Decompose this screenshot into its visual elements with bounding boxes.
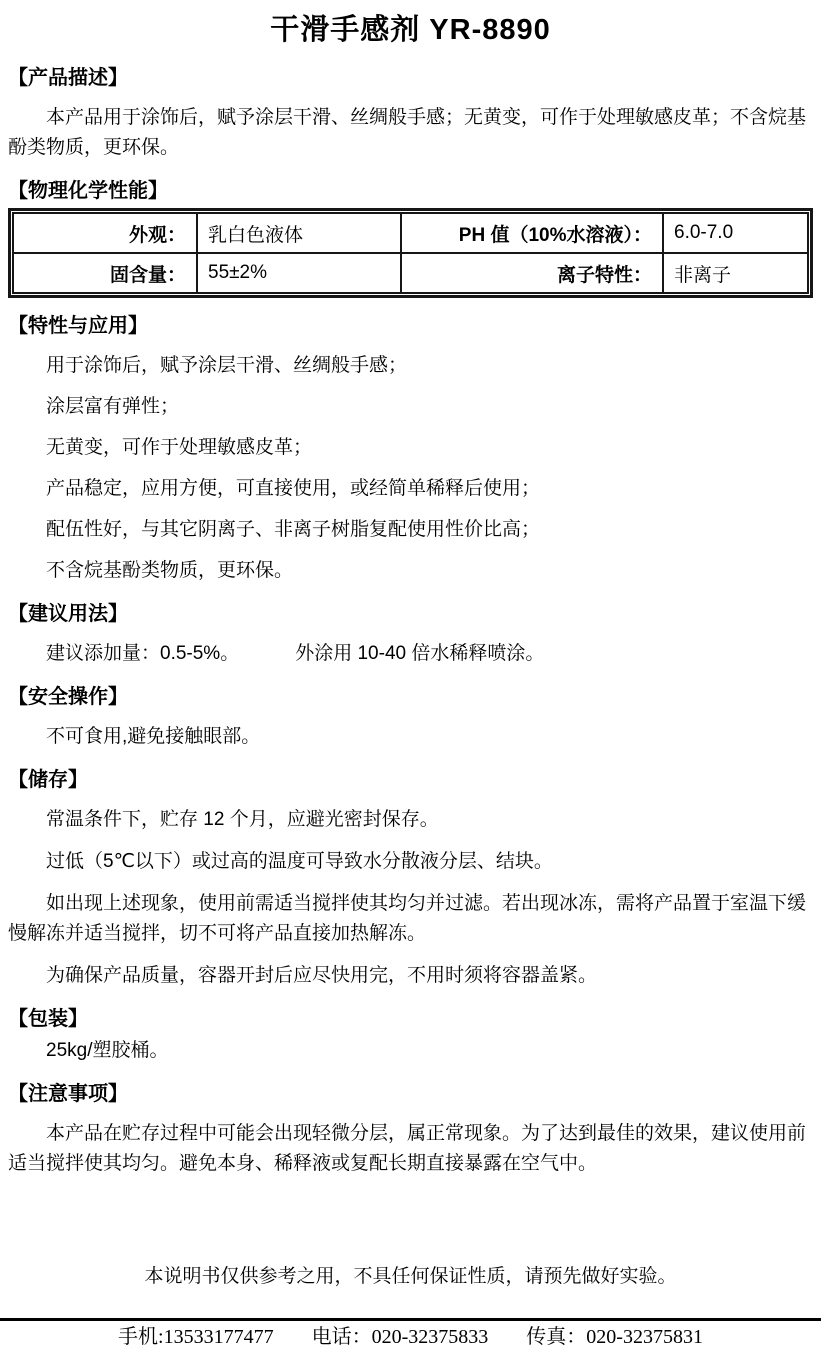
safety-paragraph: 不可食用,避免接触眼部。 xyxy=(8,722,813,752)
contact-phone: 电话：020-32375833 xyxy=(312,1326,489,1348)
properties-table-border: 外观： 乳白色液体 PH 值（10%水溶液）： 6.0-7.0 固含量： 55±… xyxy=(8,208,813,298)
storage-paragraph: 如出现上述现象，使用前需适当搅拌使其均匀并过滤。若出现冰冻，需将产品置于室温下缓… xyxy=(8,889,813,949)
disclaimer-text: 本说明书仅供参考之用，不具任何保证性质，请预先做好实验。 xyxy=(0,1262,821,1292)
description-paragraph: 本产品用于涂饰后，赋予涂层干滑、丝绸般手感；无黄变，可作于处理敏感皮革；不含烷基… xyxy=(8,103,813,163)
storage-paragraph: 过低（5℃以下）或过高的温度可导致水分散液分层、结块。 xyxy=(8,847,813,877)
usage-line: 建议添加量：0.5-5%。外涂用 10-40 倍水稀释喷涂。 xyxy=(8,639,813,669)
packaging-paragraph: 25kg/塑胶桶。 xyxy=(8,1036,813,1066)
storage-paragraph: 为确保产品质量，容器开封后应尽快用完，不用时须将容器盖紧。 xyxy=(8,961,813,991)
contact-mobile: 手机:13533177477 xyxy=(118,1326,274,1348)
table-row: 固含量： 55±2% 离子特性： 非离子 xyxy=(13,253,808,293)
datasheet-page: 干滑手感剂 YR-8890 【产品描述】 本产品用于涂饰后，赋予涂层干滑、丝绸般… xyxy=(0,0,821,1351)
usage-spray: 外涂用 10-40 倍水稀释喷涂。 xyxy=(295,643,544,664)
section-heading-storage: 【储存】 xyxy=(8,766,813,794)
feature-item: 不含烷基酚类物质，更环保。 xyxy=(8,556,813,586)
cell-ionicity-value: 非离子 xyxy=(663,253,808,293)
cell-ph-label: PH 值（10%水溶液）： xyxy=(401,213,663,253)
section-heading-usage: 【建议用法】 xyxy=(8,600,813,628)
section-heading-features: 【特性与应用】 xyxy=(8,312,813,340)
section-heading-properties: 【物理化学性能】 xyxy=(8,177,813,205)
section-heading-packaging: 【包装】 xyxy=(8,1005,813,1033)
storage-paragraph: 常温条件下，贮存 12 个月，应避光密封保存。 xyxy=(8,805,813,835)
footer-divider xyxy=(0,1318,821,1321)
datasheet-content: 干滑手感剂 YR-8890 【产品描述】 本产品用于涂饰后，赋予涂层干滑、丝绸般… xyxy=(0,0,821,1179)
section-heading-description: 【产品描述】 xyxy=(8,64,813,92)
properties-table: 外观： 乳白色液体 PH 值（10%水溶液）： 6.0-7.0 固含量： 55±… xyxy=(12,212,809,294)
cell-appearance-label: 外观： xyxy=(13,213,197,253)
section-heading-safety: 【安全操作】 xyxy=(8,683,813,711)
contact-info: 手机:13533177477电话：020-32375833传真：020-3237… xyxy=(0,1324,821,1351)
feature-item: 用于涂饰后，赋予涂层干滑、丝绸般手感； xyxy=(8,351,813,381)
feature-item: 产品稳定，应用方便，可直接使用，或经简单稀释后使用； xyxy=(8,474,813,504)
table-row: 外观： 乳白色液体 PH 值（10%水溶液）： 6.0-7.0 xyxy=(13,213,808,253)
page-title: 干滑手感剂 YR-8890 xyxy=(8,10,813,50)
cell-appearance-value: 乳白色液体 xyxy=(197,213,401,253)
cell-ph-value: 6.0-7.0 xyxy=(663,213,808,253)
feature-item: 涂层富有弹性； xyxy=(8,392,813,422)
contact-fax: 传真：020-32375831 xyxy=(526,1326,703,1348)
feature-item: 无黄变，可作于处理敏感皮革； xyxy=(8,433,813,463)
cell-solid-content-label: 固含量： xyxy=(13,253,197,293)
notes-paragraph: 本产品在贮存过程中可能会出现轻微分层，属正常现象。为了达到最佳的效果，建议使用前… xyxy=(8,1119,813,1179)
feature-item: 配伍性好，与其它阴离子、非离子树脂复配使用性价比高； xyxy=(8,515,813,545)
cell-ionicity-label: 离子特性： xyxy=(401,253,663,293)
usage-dosage: 建议添加量：0.5-5%。 xyxy=(46,643,239,664)
cell-solid-content-value: 55±2% xyxy=(197,253,401,293)
section-heading-notes: 【注意事项】 xyxy=(8,1080,813,1108)
